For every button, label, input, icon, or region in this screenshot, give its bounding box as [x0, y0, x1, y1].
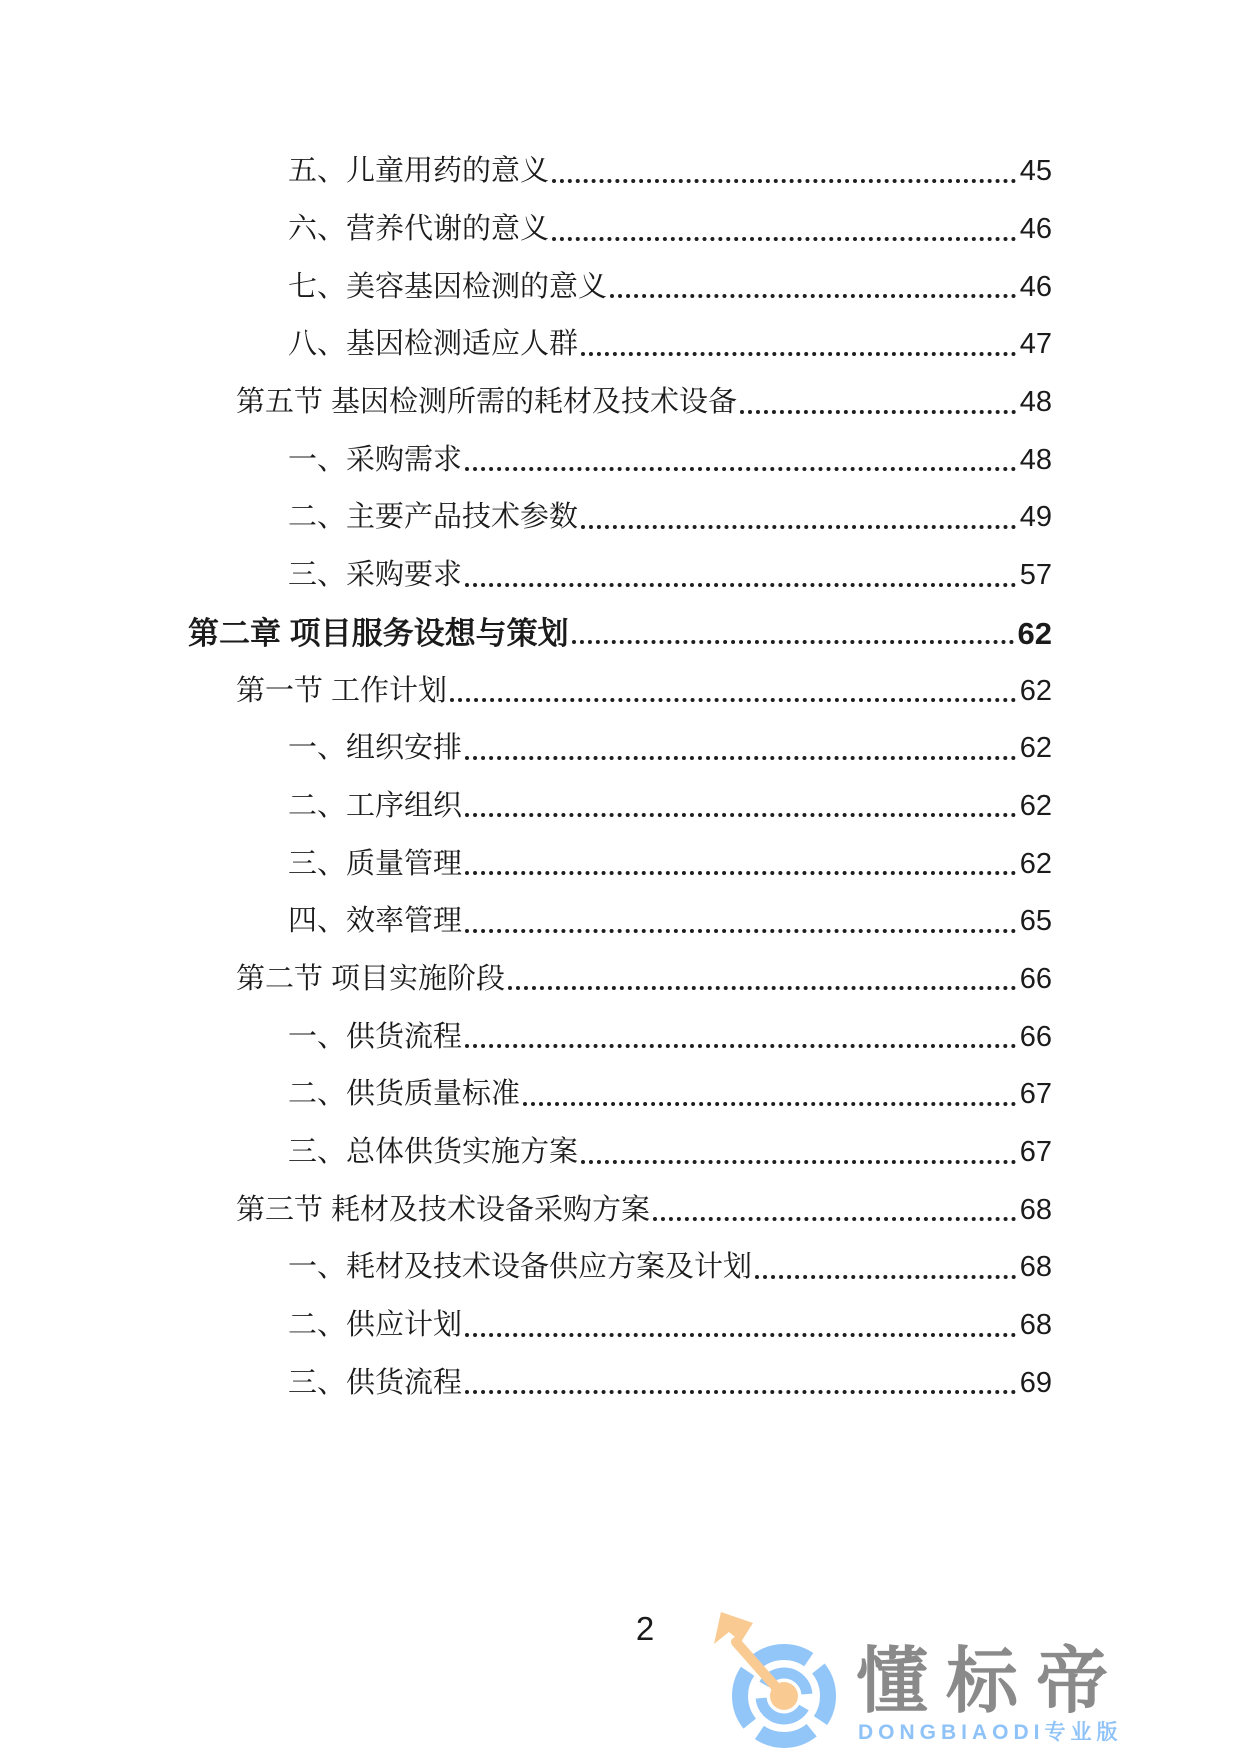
toc-entry[interactable]: 一、组织安排 62 — [188, 720, 1052, 778]
toc-entry[interactable]: 一、供货流程 66 — [188, 1008, 1052, 1066]
dot-leader — [465, 813, 1016, 817]
toc-entry-title: 四、效率管理 — [288, 907, 462, 936]
toc-entry-title: 第二节 项目实施阶段 — [236, 965, 505, 994]
toc-entry-page: 48 — [1020, 446, 1052, 475]
toc-entry-title: 一、耗材及技术设备供应方案及计划 — [288, 1253, 752, 1282]
watermark-brand-latin: DONGBIAODI — [858, 1721, 1045, 1744]
toc-entry-title: 五、儿童用药的意义 — [288, 157, 549, 186]
toc-entry-page: 68 — [1020, 1311, 1052, 1340]
toc-entry-title: 一、组织安排 — [288, 734, 462, 763]
toc-entry-page: 62 — [1020, 792, 1052, 821]
toc-entry[interactable]: 二、供货质量标准 67 — [188, 1066, 1052, 1124]
toc-entry-title: 七、美容基因检测的意义 — [288, 273, 607, 302]
toc-entry[interactable]: 二、供应计划 68 — [188, 1297, 1052, 1355]
toc-entry-title: 一、采购需求 — [288, 446, 462, 475]
dot-leader — [465, 756, 1016, 760]
toc-entry[interactable]: 二、主要产品技术参数 49 — [188, 489, 1052, 547]
toc-entry[interactable]: 三、采购要求 57 — [188, 547, 1052, 605]
toc-entry-page: 62 — [1020, 734, 1052, 763]
toc-entry-page: 66 — [1020, 1023, 1052, 1052]
toc-entry-page: 67 — [1020, 1080, 1052, 1109]
toc-entry-title: 第二章 项目服务设想与策划 — [188, 618, 569, 649]
toc-entry-page: 45 — [1020, 157, 1052, 186]
toc-entry-title: 第一节 工作计划 — [236, 677, 447, 706]
dot-leader — [523, 1102, 1016, 1106]
toc-entry-title: 三、采购要求 — [288, 561, 462, 590]
toc-entry[interactable]: 四、效率管理 65 — [188, 893, 1052, 951]
dot-leader — [572, 640, 1014, 644]
dot-leader — [552, 237, 1016, 241]
toc-entry[interactable]: 一、耗材及技术设备供应方案及计划 68 — [188, 1239, 1052, 1297]
toc-entry-page: 62 — [1020, 850, 1052, 879]
toc-entry-title: 八、基因检测适应人群 — [288, 330, 578, 359]
toc-entry-title: 三、总体供货实施方案 — [288, 1138, 578, 1167]
toc-entry-title: 第三节 耗材及技术设备采购方案 — [236, 1196, 650, 1225]
toc-entry-page: 65 — [1020, 907, 1052, 936]
dot-leader — [465, 1044, 1016, 1048]
toc-entry-title: 一、供货流程 — [288, 1023, 462, 1052]
dot-leader — [755, 1275, 1016, 1279]
dot-leader — [581, 1160, 1016, 1164]
toc-entry-page: 46 — [1020, 215, 1052, 244]
toc-entry-title: 二、工序组织 — [288, 792, 462, 821]
toc-entry[interactable]: 七、美容基因检测的意义 46 — [188, 258, 1052, 316]
dot-leader — [450, 698, 1016, 702]
toc-entry[interactable]: 五、儿童用药的意义 45 — [188, 143, 1052, 201]
dot-leader — [465, 467, 1016, 471]
toc-entry-page: 46 — [1020, 273, 1052, 302]
toc-entry[interactable]: 第五节 基因检测所需的耗材及技术设备 48 — [188, 374, 1052, 432]
toc-entry[interactable]: 三、总体供货实施方案 67 — [188, 1124, 1052, 1182]
toc-entry[interactable]: 第二节 项目实施阶段 66 — [188, 951, 1052, 1009]
dot-leader — [740, 410, 1016, 414]
page-number: 2 — [636, 1612, 654, 1645]
dot-leader — [610, 294, 1016, 298]
dot-leader — [581, 352, 1016, 356]
toc-entry-page: 69 — [1020, 1369, 1052, 1398]
dot-leader — [465, 583, 1016, 587]
toc-entry-title: 六、营养代谢的意义 — [288, 215, 549, 244]
dot-leader — [465, 1390, 1016, 1394]
dot-leader — [508, 986, 1016, 990]
dot-leader — [465, 929, 1016, 933]
toc-entry-page: 47 — [1020, 330, 1052, 359]
toc-entry-page: 67 — [1020, 1138, 1052, 1167]
toc-entry-title: 二、供货质量标准 — [288, 1080, 520, 1109]
dot-leader — [653, 1217, 1016, 1221]
dot-leader — [552, 179, 1016, 183]
toc-entry[interactable]: 三、质量管理 62 — [188, 835, 1052, 893]
document-page: 五、儿童用药的意义 45 六、营养代谢的意义 46 七、美容基因检测的意义 46… — [0, 0, 1241, 1754]
dartboard-arrow-logo-icon — [705, 1608, 863, 1754]
dot-leader — [581, 525, 1016, 529]
toc-entry-page: 62 — [1020, 677, 1052, 706]
toc-entry-title: 第五节 基因检测所需的耗材及技术设备 — [236, 388, 737, 417]
toc-chapter-entry[interactable]: 第二章 项目服务设想与策划 62 — [188, 605, 1052, 663]
toc-entry-title: 三、质量管理 — [288, 850, 462, 879]
toc-entry-page: 62 — [1018, 618, 1052, 649]
toc-entry[interactable]: 八、基因检测适应人群 47 — [188, 316, 1052, 374]
toc-entry-title: 三、供货流程 — [288, 1369, 462, 1398]
toc-entry[interactable]: 第一节 工作计划 62 — [188, 662, 1052, 720]
toc-entry-page: 66 — [1020, 965, 1052, 994]
toc-entry[interactable]: 一、采购需求 48 — [188, 431, 1052, 489]
dot-leader — [465, 1333, 1016, 1337]
watermark-brand-text: 懂标帝 — [856, 1646, 1126, 1718]
toc-entry-title: 二、供应计划 — [288, 1311, 462, 1340]
toc-entry-page: 49 — [1020, 503, 1052, 532]
toc-entry-page: 48 — [1020, 388, 1052, 417]
toc-entry[interactable]: 六、营养代谢的意义 46 — [188, 201, 1052, 259]
table-of-contents: 五、儿童用药的意义 45 六、营养代谢的意义 46 七、美容基因检测的意义 46… — [188, 143, 1052, 1412]
watermark-brand-subtext: DONGBIAODI专业版 — [858, 1722, 1123, 1743]
watermark-edition-label: 专业版 — [1045, 1721, 1123, 1744]
dot-leader — [465, 871, 1016, 875]
toc-entry-page: 68 — [1020, 1253, 1052, 1282]
toc-entry[interactable]: 第三节 耗材及技术设备采购方案 68 — [188, 1181, 1052, 1239]
toc-entry[interactable]: 三、供货流程 69 — [188, 1354, 1052, 1412]
toc-entry[interactable]: 二、工序组织 62 — [188, 778, 1052, 836]
toc-entry-page: 68 — [1020, 1196, 1052, 1225]
toc-entry-page: 57 — [1020, 561, 1052, 590]
toc-entry-title: 二、主要产品技术参数 — [288, 503, 578, 532]
